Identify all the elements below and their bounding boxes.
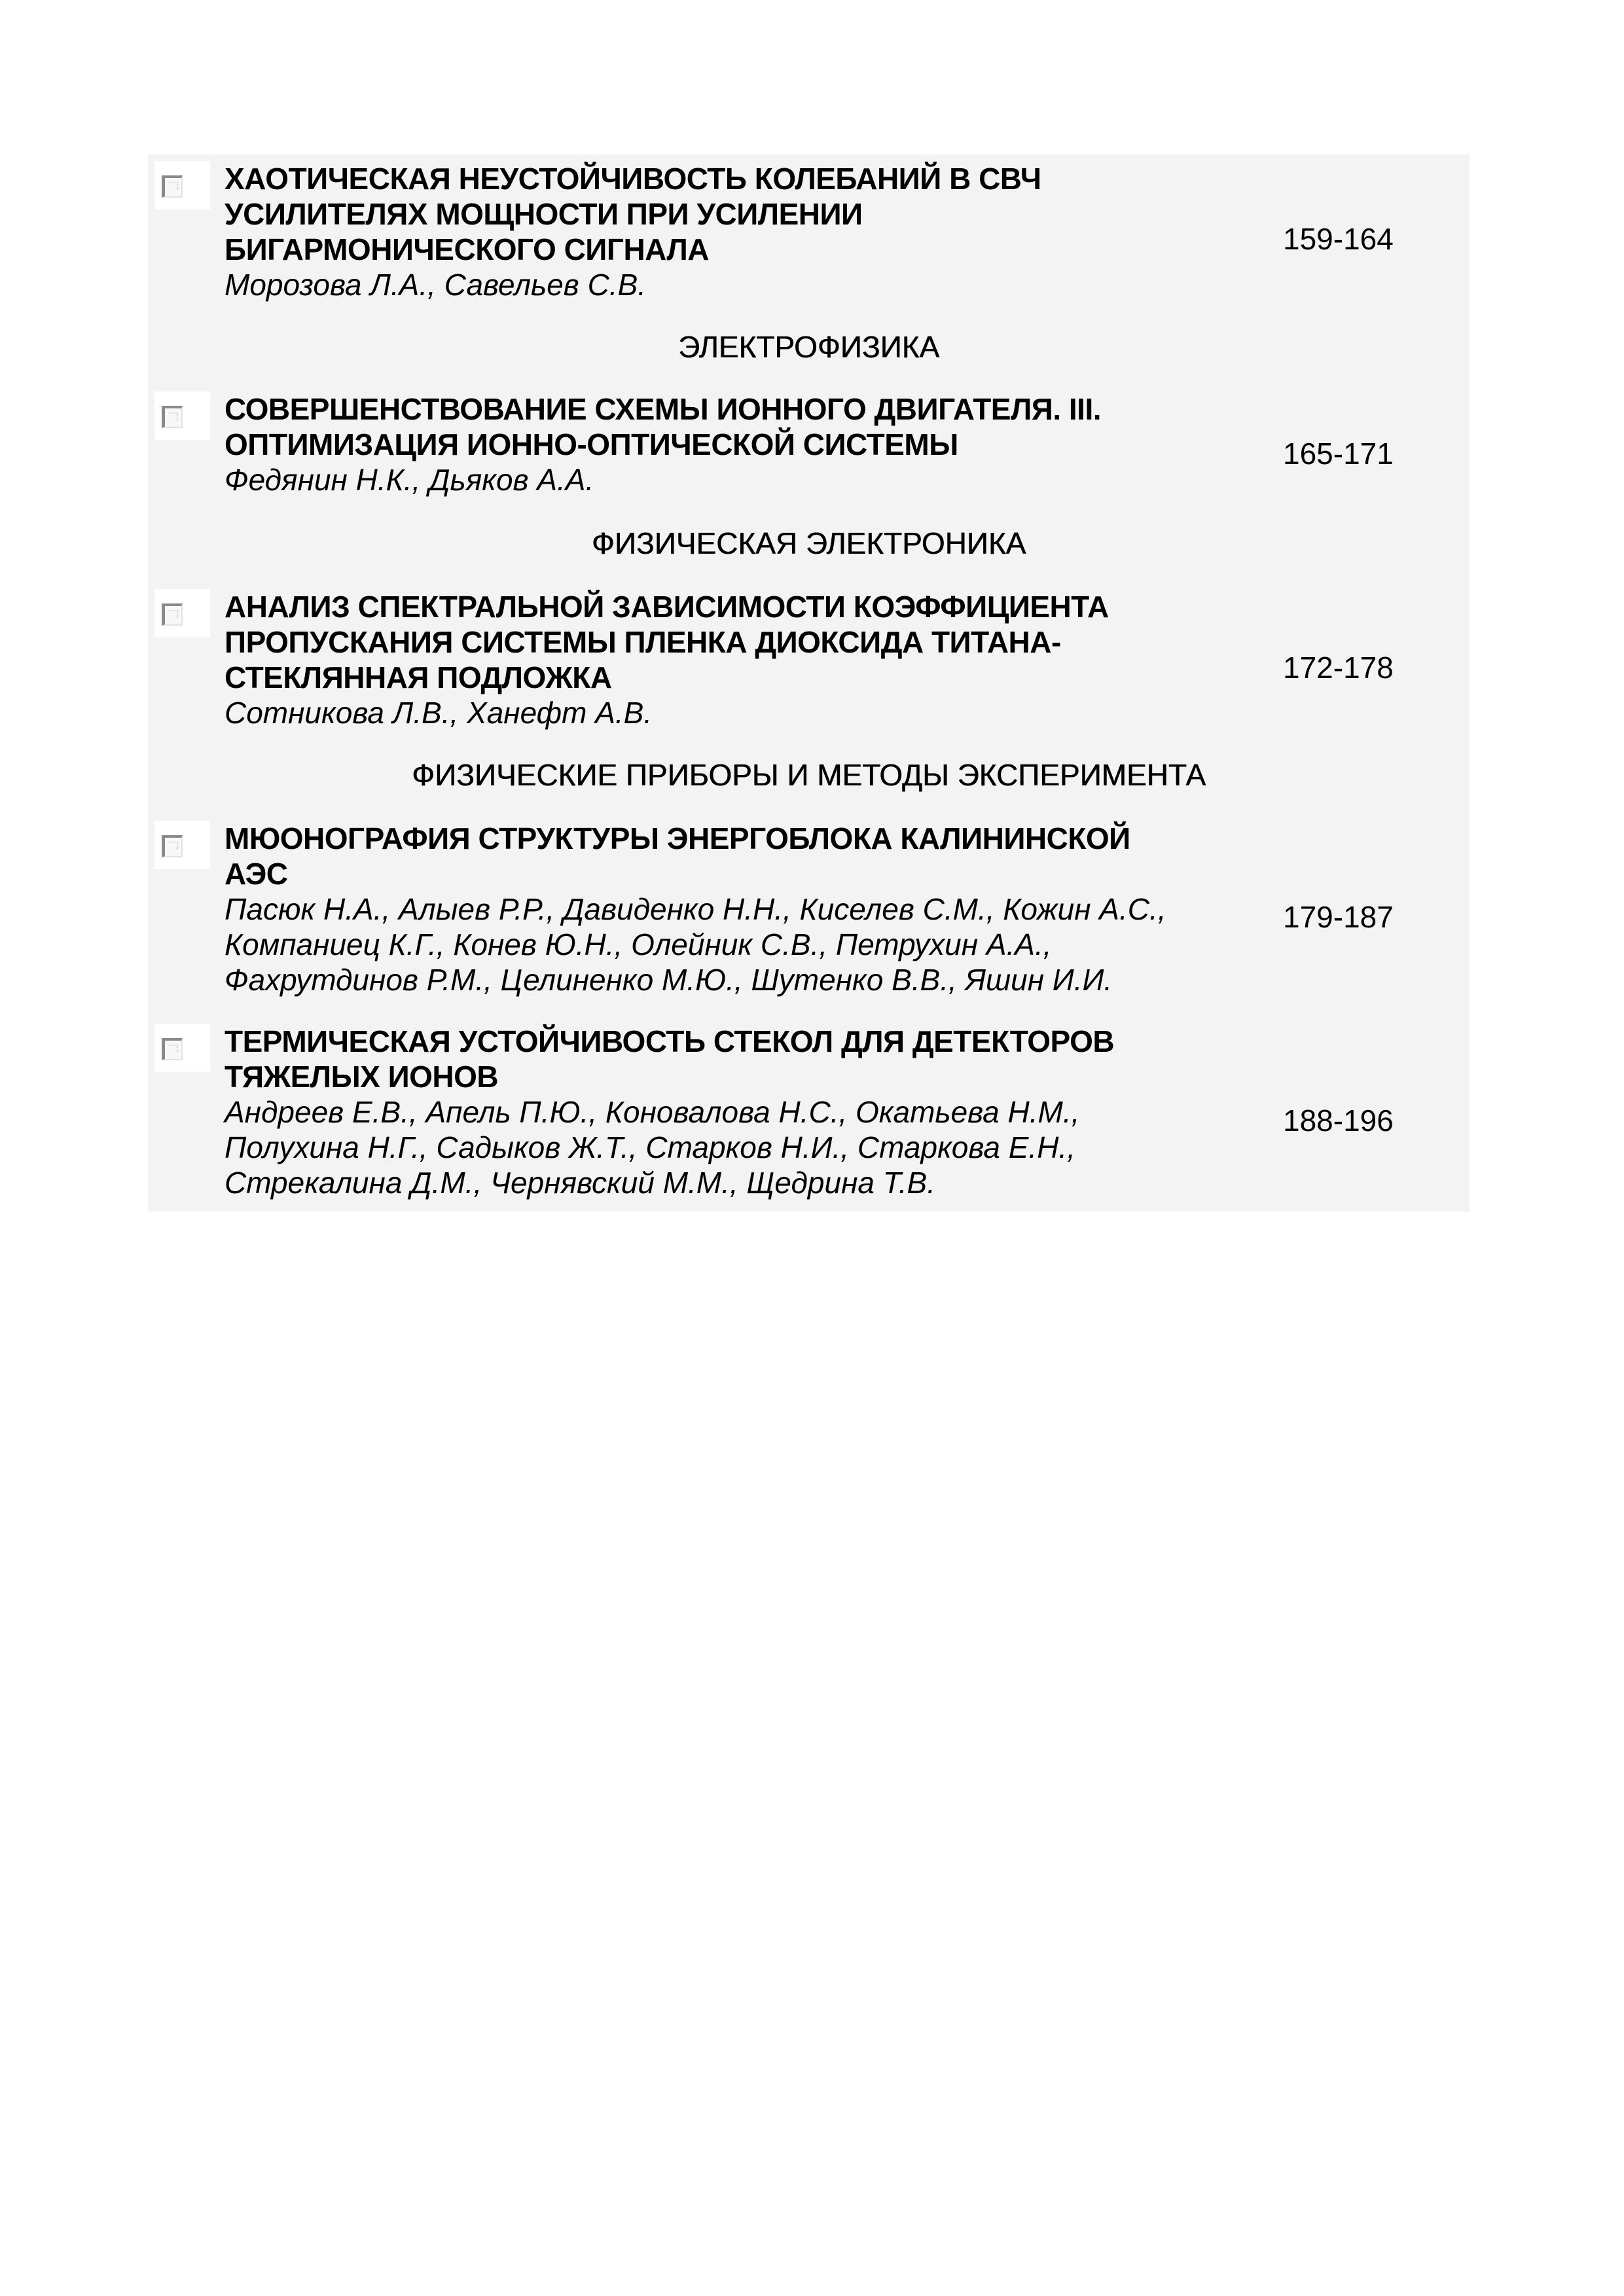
broken-image-icon	[162, 175, 183, 198]
article-authors: Сотникова Л.В., Ханефт А.В.	[225, 695, 1206, 730]
article-authors: Пасюк Н.А., Алыев Р.Р., Давиденко Н.Н., …	[225, 891, 1206, 997]
article-authors: Морозова Л.А., Савельев С.В.	[225, 267, 1206, 302]
section-heading: ФИЗИЧЕСКИЕ ПРИБОРЫ И МЕТОДЫ ЭКСПЕРИМЕНТА	[148, 757, 1470, 793]
article-authors: Андреев Е.В., Апель П.Ю., Коновалова Н.С…	[225, 1094, 1206, 1200]
article-pages: 165-171	[1283, 436, 1394, 471]
article-title[interactable]: ХАОТИЧЕСКАЯ НЕУСТОЙЧИВОСТЬ КОЛЕБАНИЙ В С…	[225, 161, 1206, 267]
broken-image-icon	[162, 406, 183, 428]
article-title[interactable]: ТЕРМИЧЕСКАЯ УСТОЙЧИВОСТЬ СТЕКОЛ ДЛЯ ДЕТЕ…	[225, 1024, 1206, 1094]
entry-thumbnail[interactable]	[154, 821, 210, 869]
article-title[interactable]: АНАЛИЗ СПЕКТРАЛЬНОЙ ЗАВИСИМОСТИ КОЭФФИЦИ…	[225, 589, 1206, 695]
entry-thumbnail[interactable]	[154, 161, 210, 209]
broken-image-icon	[162, 603, 183, 626]
broken-image-icon	[162, 1038, 183, 1060]
article-title[interactable]: МЮОНОГРАФИЯ СТРУКТУРЫ ЭНЕРГОБЛОКА КАЛИНИ…	[225, 821, 1206, 891]
article-pages: 179-187	[1283, 899, 1394, 935]
entry-thumbnail[interactable]	[154, 1024, 210, 1072]
entry-thumbnail[interactable]	[154, 589, 210, 637]
article-authors: Федянин Н.К., Дьяков А.А.	[225, 462, 1206, 497]
article-title[interactable]: СОВЕРШЕНСТВОВАНИЕ СХЕМЫ ИОННОГО ДВИГАТЕЛ…	[225, 391, 1206, 462]
broken-image-icon	[162, 835, 183, 857]
article-pages: 188-196	[1283, 1103, 1394, 1138]
article-pages: 159-164	[1283, 221, 1394, 257]
table-of-contents: ХАОТИЧЕСКАЯ НЕУСТОЙЧИВОСТЬ КОЛЕБАНИЙ В С…	[148, 154, 1470, 1211]
section-heading: ФИЗИЧЕСКАЯ ЭЛЕКТРОНИКА	[148, 526, 1470, 561]
article-pages: 172-178	[1283, 650, 1394, 685]
section-heading: ЭЛЕКТРОФИЗИКА	[148, 329, 1470, 365]
entry-thumbnail[interactable]	[154, 391, 210, 440]
